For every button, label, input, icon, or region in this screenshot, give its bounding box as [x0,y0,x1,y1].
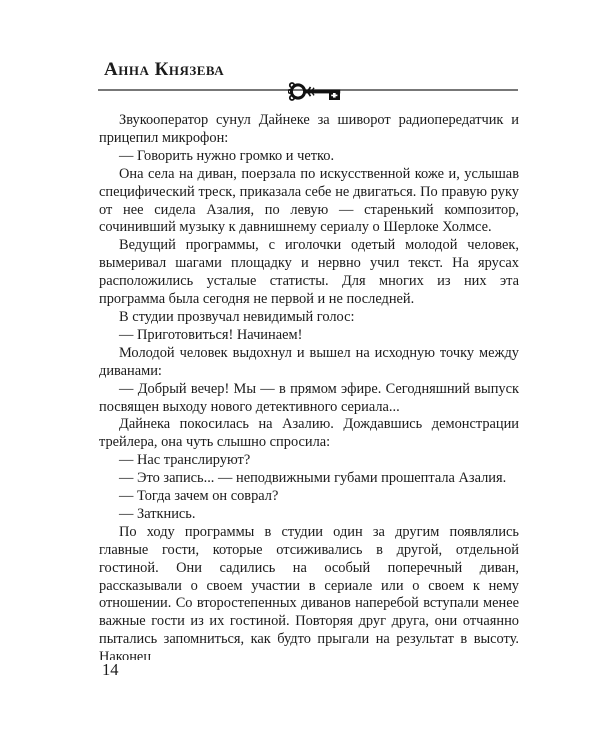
page-number: 14 [102,660,119,680]
paragraph: — Приготовиться! Начинаем! [99,327,519,345]
paragraph: Она села на диван, поерзала по искусстве… [99,166,519,238]
paragraph: — Это запись... — неподвижными губами пр… [99,470,519,488]
body-text: Звукооператор сунул Дайнеке за шиворот р… [99,112,519,660]
paragraph: — Нас транслируют? [99,452,519,470]
paragraph: — Добрый вечер! Мы — в прямом эфире. Сег… [99,381,519,417]
running-head-author: Анна Князева [104,59,224,81]
paragraph: Молодой человек выдохнул и вышел на исхо… [99,345,519,381]
paragraph: Звукооператор сунул Дайнеке за шиворот р… [99,112,519,148]
paragraph: — Тогда зачем он соврал? [99,488,519,506]
paragraph: Дайнека покосилась на Азалию. Дождавшись… [99,416,519,452]
paragraph: Ведущий программы, с иголочки одетый мол… [99,237,519,309]
header-rule [98,80,518,104]
book-page: Анна Князева Звукооператор [0,0,600,750]
paragraph: По ходу программы в студии один за други… [99,524,519,660]
key-icon [288,80,344,104]
paragraph: — Заткнись. [99,506,519,524]
paragraph: В студии прозвучал невидимый голос: [99,309,519,327]
paragraph: — Говорить нужно громко и четко. [99,148,519,166]
